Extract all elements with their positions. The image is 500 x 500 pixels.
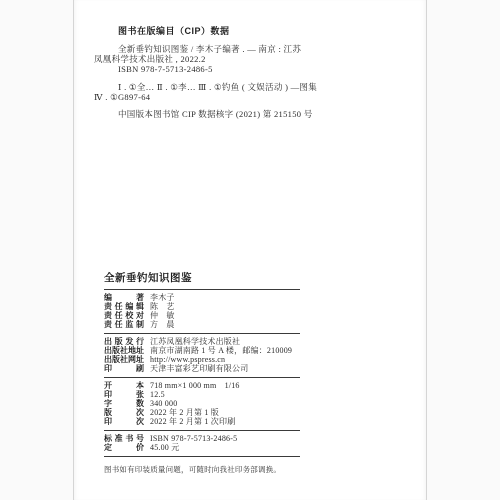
row-label: 开本 (104, 381, 144, 390)
colophon-section-isbn-price: 标准书号ISBN 978-7-5713-2486-5 定价45.00 元 (104, 431, 300, 457)
row-label: 责任校对 (104, 311, 144, 320)
colophon-row: 责任编辑陈 艺 (104, 302, 300, 311)
colophon-row: 字数340 000 (104, 399, 300, 408)
cip-entry-line2: 凤凰科学技术出版社 , 2022.2 (94, 54, 394, 64)
colophon-row: 责任监制方 晨 (104, 320, 300, 329)
row-value: 李木子 (150, 293, 175, 302)
colophon-section-publisher: 出版发行江苏凤凰科学技术出版社 出版社地址南京市湖南路 1 号 A 楼，邮编：2… (104, 334, 300, 378)
colophon-row: 出版社网址http://www.pspress.cn (104, 355, 300, 364)
colophon-row: 出版发行江苏凤凰科学技术出版社 (104, 337, 300, 346)
copyright-page: 图书在版编目（CIP）数据 全新垂钓知识图鉴 / 李木子编著 . — 南京 : … (73, 0, 427, 500)
row-value: 340 000 (150, 399, 177, 408)
colophon-row: 开本718 mm×1 000 mm 1/16 (104, 381, 300, 390)
row-value: 718 mm×1 000 mm 1/16 (150, 381, 240, 390)
row-value: 南京市湖南路 1 号 A 楼，邮编：210009 (150, 346, 292, 355)
row-label: 出版社地址 (104, 346, 144, 355)
row-label: 定价 (104, 443, 144, 452)
colophon-section-specs: 开本718 mm×1 000 mm 1/16 印张12.5 字数340 000 … (104, 378, 300, 431)
row-value: 2022 年 2 月第 1 版 (150, 408, 219, 417)
cip-class-line2: Ⅳ . ①G897-64 (94, 92, 394, 102)
row-value: http://www.pspress.cn (150, 355, 225, 364)
row-value: 仲 敏 (150, 311, 175, 320)
colophon-row: 印刷天津丰富彩艺印刷有限公司 (104, 364, 300, 373)
cip-header: 图书在版编目（CIP）数据 (118, 26, 394, 37)
cip-class-line1: Ⅰ . ①全… Ⅱ . ①李… Ⅲ . ①钓鱼 ( 文娱活动 ) —图集 (94, 82, 394, 92)
row-label: 责任监制 (104, 320, 144, 329)
colophon-block: 全新垂钓知识图鉴 编著李木子 责任编辑陈 艺 责任校对仲 敏 责任监制方 晨 出… (104, 272, 300, 475)
row-label: 印次 (104, 417, 144, 426)
row-label: 出版社网址 (104, 355, 144, 364)
cip-isbn-line: ISBN 978-7-5713-2486-5 (94, 64, 394, 74)
row-label: 出版发行 (104, 337, 144, 346)
row-label: 印刷 (104, 364, 144, 373)
screenshot-root: 图书在版编目（CIP）数据 全新垂钓知识图鉴 / 李木子编著 . — 南京 : … (0, 0, 500, 500)
row-value: 2022 年 2 月第 1 次印刷 (150, 417, 235, 426)
colophon-row: 版次2022 年 2 月第 1 版 (104, 408, 300, 417)
colophon-row: 出版社地址南京市湖南路 1 号 A 楼，邮编：210009 (104, 346, 300, 355)
row-label: 版次 (104, 408, 144, 417)
row-value: 陈 艺 (150, 302, 175, 311)
row-value: ISBN 978-7-5713-2486-5 (150, 434, 237, 443)
colophon-row: 定价45.00 元 (104, 443, 300, 452)
colophon-row: 编著李木子 (104, 293, 300, 302)
book-title: 全新垂钓知识图鉴 (104, 272, 300, 290)
row-label: 字数 (104, 399, 144, 408)
cip-block: 图书在版编目（CIP）数据 全新垂钓知识图鉴 / 李木子编著 . — 南京 : … (94, 26, 394, 119)
row-value: 方 晨 (150, 320, 175, 329)
cip-record-line: 中国版本图书馆 CIP 数据核字 (2021) 第 215150 号 (94, 109, 394, 119)
colophon-row: 印张12.5 (104, 390, 300, 399)
colophon-row: 标准书号ISBN 978-7-5713-2486-5 (104, 434, 300, 443)
row-label: 责任编辑 (104, 302, 144, 311)
colophon-row: 印次2022 年 2 月第 1 次印刷 (104, 417, 300, 426)
colophon-row: 责任校对仲 敏 (104, 311, 300, 320)
row-value: 12.5 (150, 390, 165, 399)
row-label: 编著 (104, 293, 144, 302)
row-label: 标准书号 (104, 434, 144, 443)
row-label: 印张 (104, 390, 144, 399)
colophon-section-staff: 编著李木子 责任编辑陈 艺 责任校对仲 敏 责任监制方 晨 (104, 290, 300, 334)
cip-entry-line1: 全新垂钓知识图鉴 / 李木子编著 . — 南京 : 江苏 (94, 44, 394, 54)
row-value: 江苏凤凰科学技术出版社 (150, 337, 240, 346)
row-value: 天津丰富彩艺印刷有限公司 (150, 364, 248, 373)
row-value: 45.00 元 (150, 443, 179, 452)
quality-note: 图书如有印装质量问题，可随时向我社印务部调换。 (104, 464, 300, 475)
